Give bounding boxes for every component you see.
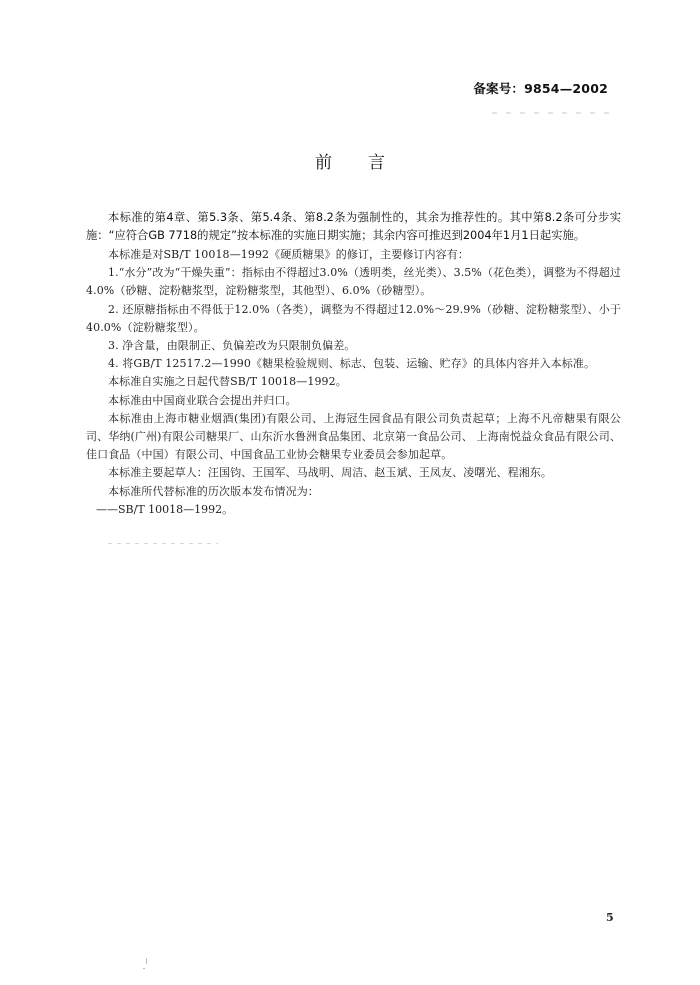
lead-paragraph: 本标准的第4章、第5.3条、第5.4条、第8.2条为强制性的，其余为推荐性的。其…: [86, 209, 621, 245]
page-number: 5: [606, 911, 614, 924]
paragraph-item-1: 1.“水分”改为“干燥失重”：指标由不得超过3.0%（透明类，丝光类）、3.5%…: [86, 264, 621, 300]
paragraph-item-3: 3. 净含量，由限制正、负偏差改为只限制负偏差。: [86, 337, 621, 355]
paragraph-replaces: 本标准自实施之日起代替SB/T 10018—1992。: [86, 373, 621, 391]
scan-artifact-line: [108, 543, 218, 544]
paragraph-drafters: 本标准主要起草人：汪国钧、王国军、马战明、周洁、赵玉斌、王凤友、凌曙光、程湘东。: [86, 464, 621, 482]
paragraph-drafting-units: 本标准由上海市糖业烟酒(集团)有限公司、上海冠生园食品有限公司负责起草；上海不凡…: [86, 410, 621, 465]
scan-artifact: [492, 112, 612, 114]
paragraph-history-intro: 本标准所代替标准的历次版本发布情况为：: [86, 483, 621, 501]
paragraph-item-2: 2. 还原糖指标由不得低于12.0%（各类），调整为不得超过12.0%～29.9…: [86, 301, 621, 337]
paragraph-item-4: 4. 将GB/T 12517.2—1990《糖果检验规则、标志、包装、运输、贮存…: [86, 355, 621, 373]
scan-speck: [146, 958, 147, 964]
filing-number: 备案号：9854—2002: [473, 79, 608, 97]
paragraph-proposed-by: 本标准由中国商业联合会提出并归口。: [86, 392, 621, 410]
paragraph-revision-intro: 本标准是对SB/T 10018—1992《硬质糖果》的修订，主要修订内容有：: [86, 246, 621, 264]
scan-speck: [143, 968, 145, 969]
history-item: ——SB/T 10018—1992。: [86, 501, 621, 519]
document-body: 本标准的第4章、第5.3条、第5.4条、第8.2条为强制性的，其余为推荐性的。其…: [86, 209, 621, 519]
page-title: 前言: [0, 148, 700, 173]
